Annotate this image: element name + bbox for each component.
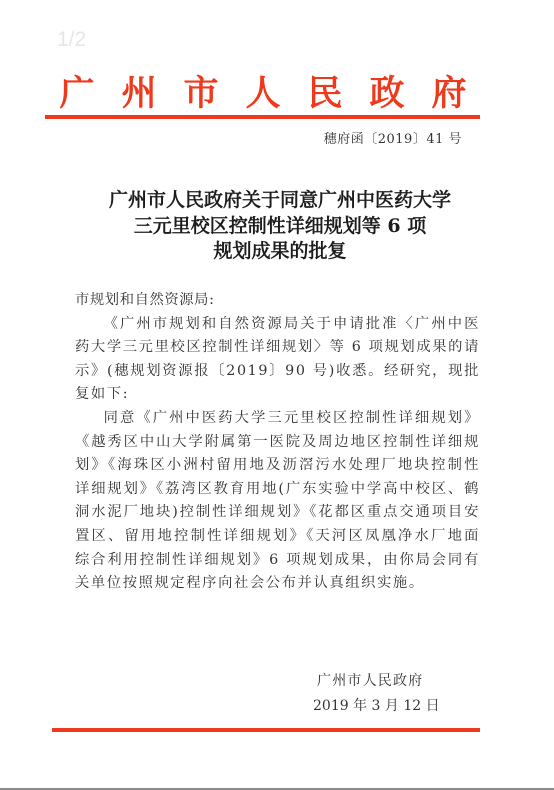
body-paragraph: 同意《广州中医药大学三元里校区控制性详细规划》《越秀区中山大学附属第一医院及周边… [75,407,480,596]
masthead-char: 政 [368,66,406,116]
signature-block: 广州市人民政府 2019 年 3 月 12 日 [313,669,440,719]
masthead-char: 市 [182,66,220,116]
body-paragraph: 《广州市规划和自然资源局关于申请批准〈广州中医药大学三元里校区控制性详细规划〉等… [75,313,480,407]
document-heading: 广州市人民政府关于同意广州中医药大学 三元里校区控制性详细规划等 6 项 规划成… [40,188,520,265]
masthead-title: 广 州 市 人 民 政 府 [58,70,468,112]
heading-line: 广州市人民政府关于同意广州中医药大学 [40,188,520,214]
masthead-char: 广 [58,66,96,116]
signature-organization: 广州市人民政府 [313,669,440,694]
signature-date: 2019 年 3 月 12 日 [313,694,440,719]
header-red-divider [45,115,480,119]
footer-red-divider [52,728,480,732]
masthead-char: 州 [120,66,158,116]
masthead-char: 人 [244,66,282,116]
salutation: 市规划和自然资源局: [75,289,480,313]
document-body: 市规划和自然资源局: 《广州市规划和自然资源局关于申请批准〈广州中医药大学三元里… [75,289,480,596]
heading-line: 规划成果的批复 [40,239,520,265]
heading-line: 三元里校区控制性详细规划等 6 项 [40,214,520,240]
masthead-char: 府 [430,66,468,116]
page-indicator: 1/2 [57,28,86,52]
masthead-char: 民 [306,66,344,116]
document-number: 穗府函〔2019〕41 号 [324,128,462,147]
